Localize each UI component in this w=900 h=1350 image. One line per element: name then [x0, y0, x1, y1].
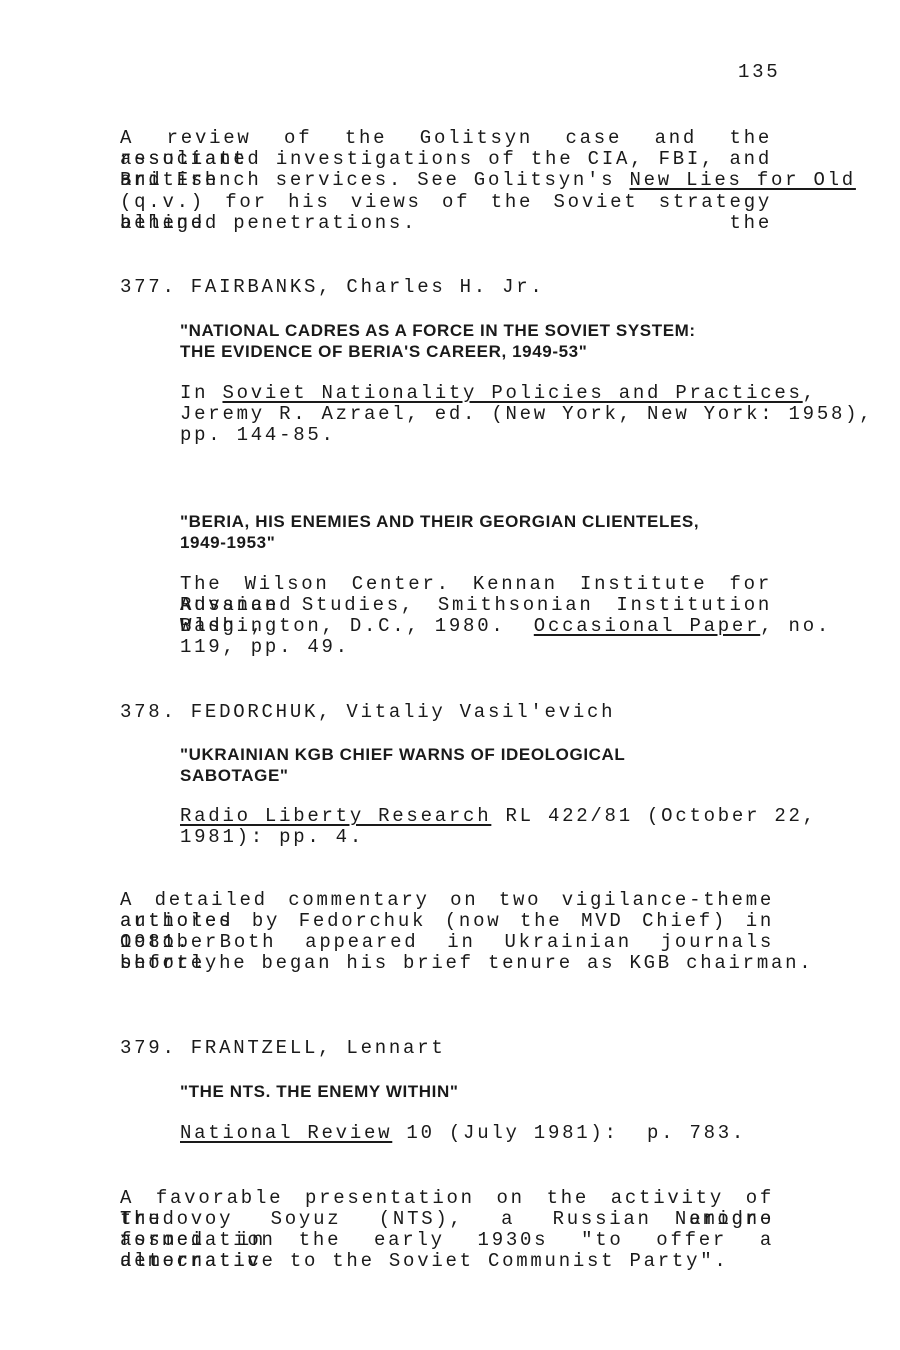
work-title: 1949-1953": [180, 532, 275, 553]
work-title: "NATIONAL CADRES AS A FORCE IN THE SOVIE…: [180, 320, 696, 341]
citation-line: pp. 144-85.: [180, 425, 336, 446]
work-title: "BERIA, HIS ENEMIES AND THEIR GEORGIAN C…: [180, 511, 699, 532]
citation-line: Jeremy R. Azrael, ed. (New York, New Yor…: [180, 404, 873, 425]
citation-line: National Review 10 (July 1981): p. 783.: [180, 1123, 746, 1144]
entry-heading: 379. FRANTZELL, Lennart: [120, 1038, 446, 1059]
citation-line: 1981): pp. 4.: [180, 827, 364, 848]
text-line: and French services. See Golitsyn's New …: [120, 170, 856, 191]
publication-title: Radio Liberty Research: [180, 805, 491, 827]
entry-author: FAIRBANKS, Charles H. Jr.: [191, 276, 545, 298]
text-line: alleged penetrations.: [120, 213, 417, 234]
book-title-link: New Lies for Old: [629, 169, 855, 191]
entry-heading: 378. FEDORCHUK, Vitaliy Vasil'evich: [120, 702, 615, 723]
publication-title: Occasional Paper: [534, 615, 760, 637]
publication-title: Soviet Nationality Policies and Practice…: [222, 382, 802, 404]
entry-number: 379.: [120, 1037, 177, 1059]
entry-number: 378.: [120, 701, 177, 723]
work-title: SABOTAGE": [180, 765, 289, 786]
work-title: "UKRAINIAN KGB CHIEF WARNS OF IDEOLOGICA…: [180, 744, 625, 765]
entry-author: FRANTZELL, Lennart: [191, 1037, 446, 1059]
page-number: 135: [738, 62, 780, 83]
annotation-line: alternative to the Soviet Communist Part…: [120, 1251, 729, 1272]
citation-line: 119, pp. 49.: [180, 637, 350, 658]
annotation-line: before he began his brief tenure as KGB …: [120, 953, 813, 974]
citation-line: In Soviet Nationality Policies and Pract…: [180, 383, 817, 404]
entry-number: 377.: [120, 276, 177, 298]
entry-heading: 377. FAIRBANKS, Charles H. Jr.: [120, 277, 545, 298]
work-title: "THE NTS. THE ENEMY WITHIN": [180, 1081, 459, 1102]
work-title: THE EVIDENCE OF BERIA'S CAREER, 1949-53": [180, 341, 587, 362]
entry-author: FEDORCHUK, Vitaliy Vasil'evich: [191, 701, 616, 723]
citation-line: Washington, D.C., 1980. Occasional Paper…: [180, 616, 831, 637]
publication-title: National Review: [180, 1122, 392, 1144]
citation-line: Radio Liberty Research RL 422/81 (Octobe…: [180, 806, 817, 827]
